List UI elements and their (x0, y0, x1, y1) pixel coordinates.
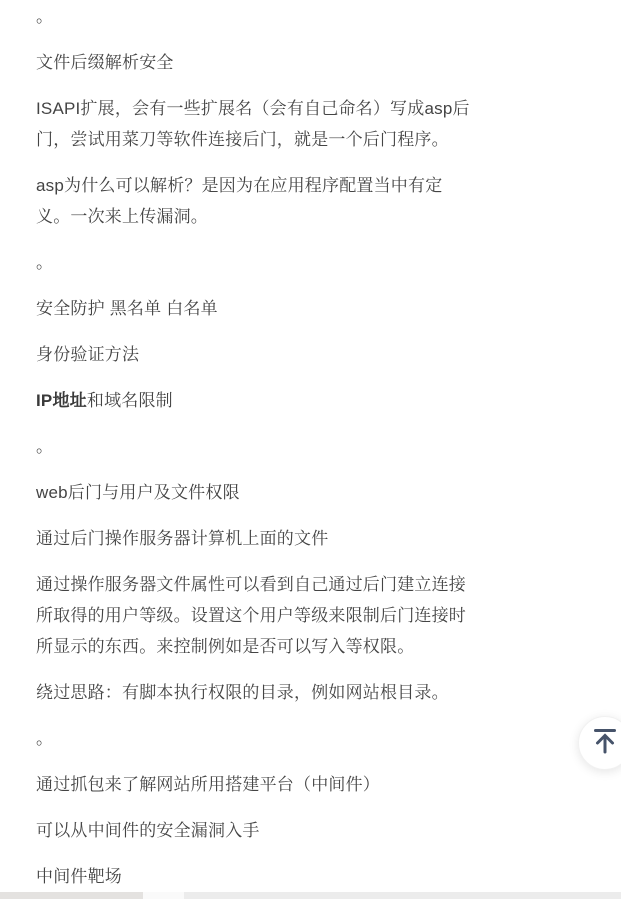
paragraph-circle: 。 (36, 431, 601, 462)
text-line: 义。一次来上传漏洞。 (36, 201, 601, 232)
bottom-strip (0, 892, 621, 899)
paragraph-ip-domain: IP地址和域名限制 (36, 385, 601, 416)
paragraph-circle: 。 (36, 723, 601, 754)
text-line: asp为什么可以解析？是因为在应用程序配置当中有定 (36, 170, 601, 201)
paragraph-isapi: ISAPI扩展，会有一些扩展名（会有自己命名）写成asp后 门，尝试用菜刀等软件… (36, 93, 601, 155)
text-rest: 和域名限制 (87, 391, 173, 410)
paragraph-circle: 。 (36, 1, 601, 32)
paragraph-auth-method: 身份验证方法 (36, 339, 601, 370)
paragraph-packet-capture: 通过抓包来了解网站所用搭建平台（中间件） (36, 769, 601, 800)
paragraph-middleware-vuln: 可以从中间件的安全漏洞入手 (36, 815, 601, 846)
paragraph-asp-parse: asp为什么可以解析？是因为在应用程序配置当中有定 义。一次来上传漏洞。 (36, 170, 601, 232)
bold-ip-address: IP地址 (36, 391, 87, 410)
arrow-up-to-top-icon (593, 732, 617, 754)
bottom-strip-segment-middle (143, 892, 184, 899)
text-line: ISAPI扩展，会有一些扩展名（会有自己命名）写成asp后 (36, 93, 601, 124)
paragraph-circle: 。 (36, 247, 601, 278)
text-line: 通过操作服务器文件属性可以看到自己通过后门建立连接 (36, 569, 601, 600)
bottom-strip-segment-right (184, 892, 621, 899)
paragraph-user-level: 通过操作服务器文件属性可以看到自己通过后门建立连接 所取得的用户等级。设置这个用… (36, 569, 601, 662)
bottom-strip-segment-left (0, 892, 143, 899)
paragraph-heading-file-suffix: 文件后缀解析安全 (36, 47, 601, 78)
text-line: 所显示的东西。来控制例如是否可以写入等权限。 (36, 631, 601, 662)
paragraph-middleware-range: 中间件靶场 (36, 861, 601, 892)
paragraph-bypass-idea: 绕过思路：有脚本执行权限的目录，例如网站根目录。 (36, 677, 601, 708)
article-content: 。 文件后缀解析安全 ISAPI扩展，会有一些扩展名（会有自己命名）写成asp后… (0, 1, 621, 892)
text-line: 所取得的用户等级。设置这个用户等级来限制后门连接时 (36, 600, 601, 631)
paragraph-operate-files: 通过后门操作服务器计算机上面的文件 (36, 523, 601, 554)
paragraph-security-lists: 安全防护 黑名单 白名单 (36, 293, 601, 324)
text-line: 门，尝试用菜刀等软件连接后门，就是一个后门程序。 (36, 124, 601, 155)
paragraph-web-backdoor: web后门与用户及文件权限 (36, 477, 601, 508)
